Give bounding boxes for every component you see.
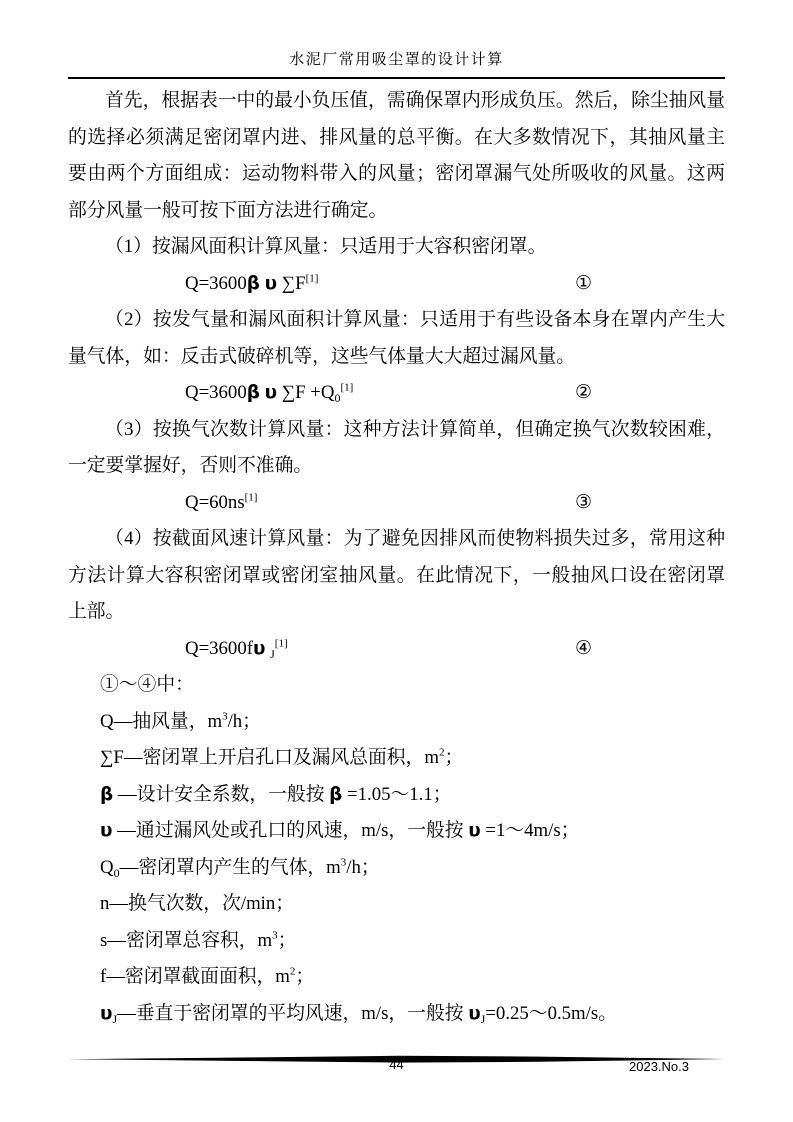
formula: Q=3600β υ ∑F[1]① (68, 266, 725, 303)
greek-symbol: υ (100, 1003, 112, 1024)
text-run: =1～4m/s； (481, 820, 580, 841)
formula-number: ③ (575, 485, 592, 522)
formula-number: ② (575, 375, 592, 412)
formula: Q=3600β υ ∑F +Q0[1]② (68, 375, 725, 412)
text-run: —密闭罩内产生的气体，m (120, 857, 341, 878)
text-run: Q=3600 (185, 382, 247, 403)
superscript: [1] (306, 272, 319, 284)
definition-line: f—密闭罩截面面积，m2； (68, 959, 725, 996)
text-run: 首先，根据表一中的最小负压值，需确保罩内形成负压。然后，除尘抽风量的选择必须满足… (68, 90, 725, 221)
text-run: ∑F (277, 273, 306, 294)
text-run: —通过漏风处或孔口的风速，m/s，一般按 (112, 820, 468, 841)
text-run: （4）按截面风速计算风量：为了避免因排风而使物料损失过多，常用这种方法计算大容积… (68, 528, 725, 622)
text-run: （3）按换气次数计算风量：这种方法计算简单，但确定换气次数较困难，一定要掌握好，… (68, 419, 725, 477)
paragraph: （3）按换气次数计算风量：这种方法计算简单，但确定换气次数较困难，一定要掌握好，… (68, 412, 725, 485)
text-run: =0.25～0.5m/s。 (485, 1003, 617, 1024)
superscript: [1] (245, 491, 258, 503)
text-run: /h； (346, 857, 379, 878)
greek-symbol: υ (253, 638, 265, 659)
text-run: （1）按漏风面积计算风量：只适用于大容积密闭罩。 (105, 236, 546, 257)
formula: Q=60ns[1]③ (68, 485, 725, 522)
text-run: —设计安全系数，一般按 (113, 784, 329, 805)
definition-line: n—换气次数，次/min； (68, 886, 725, 923)
text-run: ①～④中： (100, 674, 194, 695)
text-run: Q—抽风量，m (100, 711, 222, 732)
paragraph: 首先，根据表一中的最小负压值，需确保罩内形成负压。然后，除尘抽风量的选择必须满足… (68, 83, 725, 229)
greek-symbol: υ (100, 820, 112, 841)
greek-symbol: υ (265, 382, 277, 403)
paragraph: （4）按截面风速计算风量：为了避免因排风而使物料损失过多，常用这种方法计算大容积… (68, 521, 725, 631)
page-title: 水泥厂常用吸尘罩的设计计算 (289, 50, 504, 70)
definition-line: β —设计安全系数，一般按 β =1.05～1.1； (68, 777, 725, 814)
paragraph: （2）按发气量和漏风面积计算风量：只适用于有些设备本身在罩内产生大量气体，如：反… (68, 302, 725, 375)
definition-line: Q—抽风量，m3/h； (68, 704, 725, 741)
greek-symbol: υ (468, 820, 480, 841)
page-header: 水泥厂常用吸尘罩的设计计算 (68, 50, 725, 70)
definition-line: ∑F—密闭罩上开启孔口及漏风总面积，m2； (68, 740, 725, 777)
text-run: —垂直于密闭罩的平均风速，m/s，一般按 (117, 1003, 468, 1024)
text-run: ∑F—密闭罩上开启孔口及漏风总面积，m (100, 747, 439, 768)
text-run: Q=3600 (185, 273, 247, 294)
greek-symbol: β (247, 273, 260, 294)
text-run: ； (444, 747, 463, 768)
formula-number: ① (575, 266, 592, 303)
greek-symbol: β (100, 784, 113, 805)
superscript: [1] (275, 637, 288, 649)
text-run: /h； (228, 711, 261, 732)
text-run: n—换气次数，次/min； (100, 893, 294, 914)
definition-line: s—密闭罩总容积，m3； (68, 923, 725, 960)
journal-page: 水泥厂常用吸尘罩的设计计算 首先，根据表一中的最小负压值，需确保罩内形成负压。然… (0, 0, 793, 1122)
text-run: Q=3600f (185, 638, 253, 659)
text-run: =1.05～1.1； (342, 784, 451, 805)
definition-line: Q0—密闭罩内产生的气体，m3/h； (68, 850, 725, 887)
header-rule (68, 77, 725, 79)
definition-line: υ —通过漏风处或孔口的风速，m/s，一般按 υ =1～4m/s； (68, 813, 725, 850)
paragraph: （1）按漏风面积计算风量：只适用于大容积密闭罩。 (68, 229, 725, 266)
greek-symbol: β (329, 784, 342, 805)
content: 首先，根据表一中的最小负压值，需确保罩内形成负压。然后，除尘抽风量的选择必须满足… (68, 83, 725, 1032)
definition-line: υJ—垂直于密闭罩的平均风速，m/s，一般按 υJ=0.25～0.5m/s。 (68, 996, 725, 1033)
text-run: ∑F +Q (277, 382, 334, 403)
greek-symbol: β (247, 382, 260, 403)
text-run: ； (295, 966, 314, 987)
intro: ①～④中： (68, 667, 725, 704)
greek-symbol: υ (265, 273, 277, 294)
text-run: f—密闭罩截面面积，m (100, 966, 290, 987)
issue-label: 2023.No.3 (629, 1059, 689, 1074)
text-run: Q=60ns (185, 492, 245, 513)
superscript: [1] (340, 382, 353, 394)
greek-symbol: υ (468, 1003, 480, 1024)
formula: Q=3600fυ J[1]④ (68, 631, 725, 668)
text-run: Q (100, 857, 114, 878)
text-run: ； (278, 930, 297, 951)
formula-number: ④ (575, 631, 592, 668)
text-run: （2）按发气量和漏风面积计算风量：只适用于有些设备本身在罩内产生大量气体，如：反… (68, 309, 725, 367)
text-run: s—密闭罩总容积，m (100, 930, 272, 951)
